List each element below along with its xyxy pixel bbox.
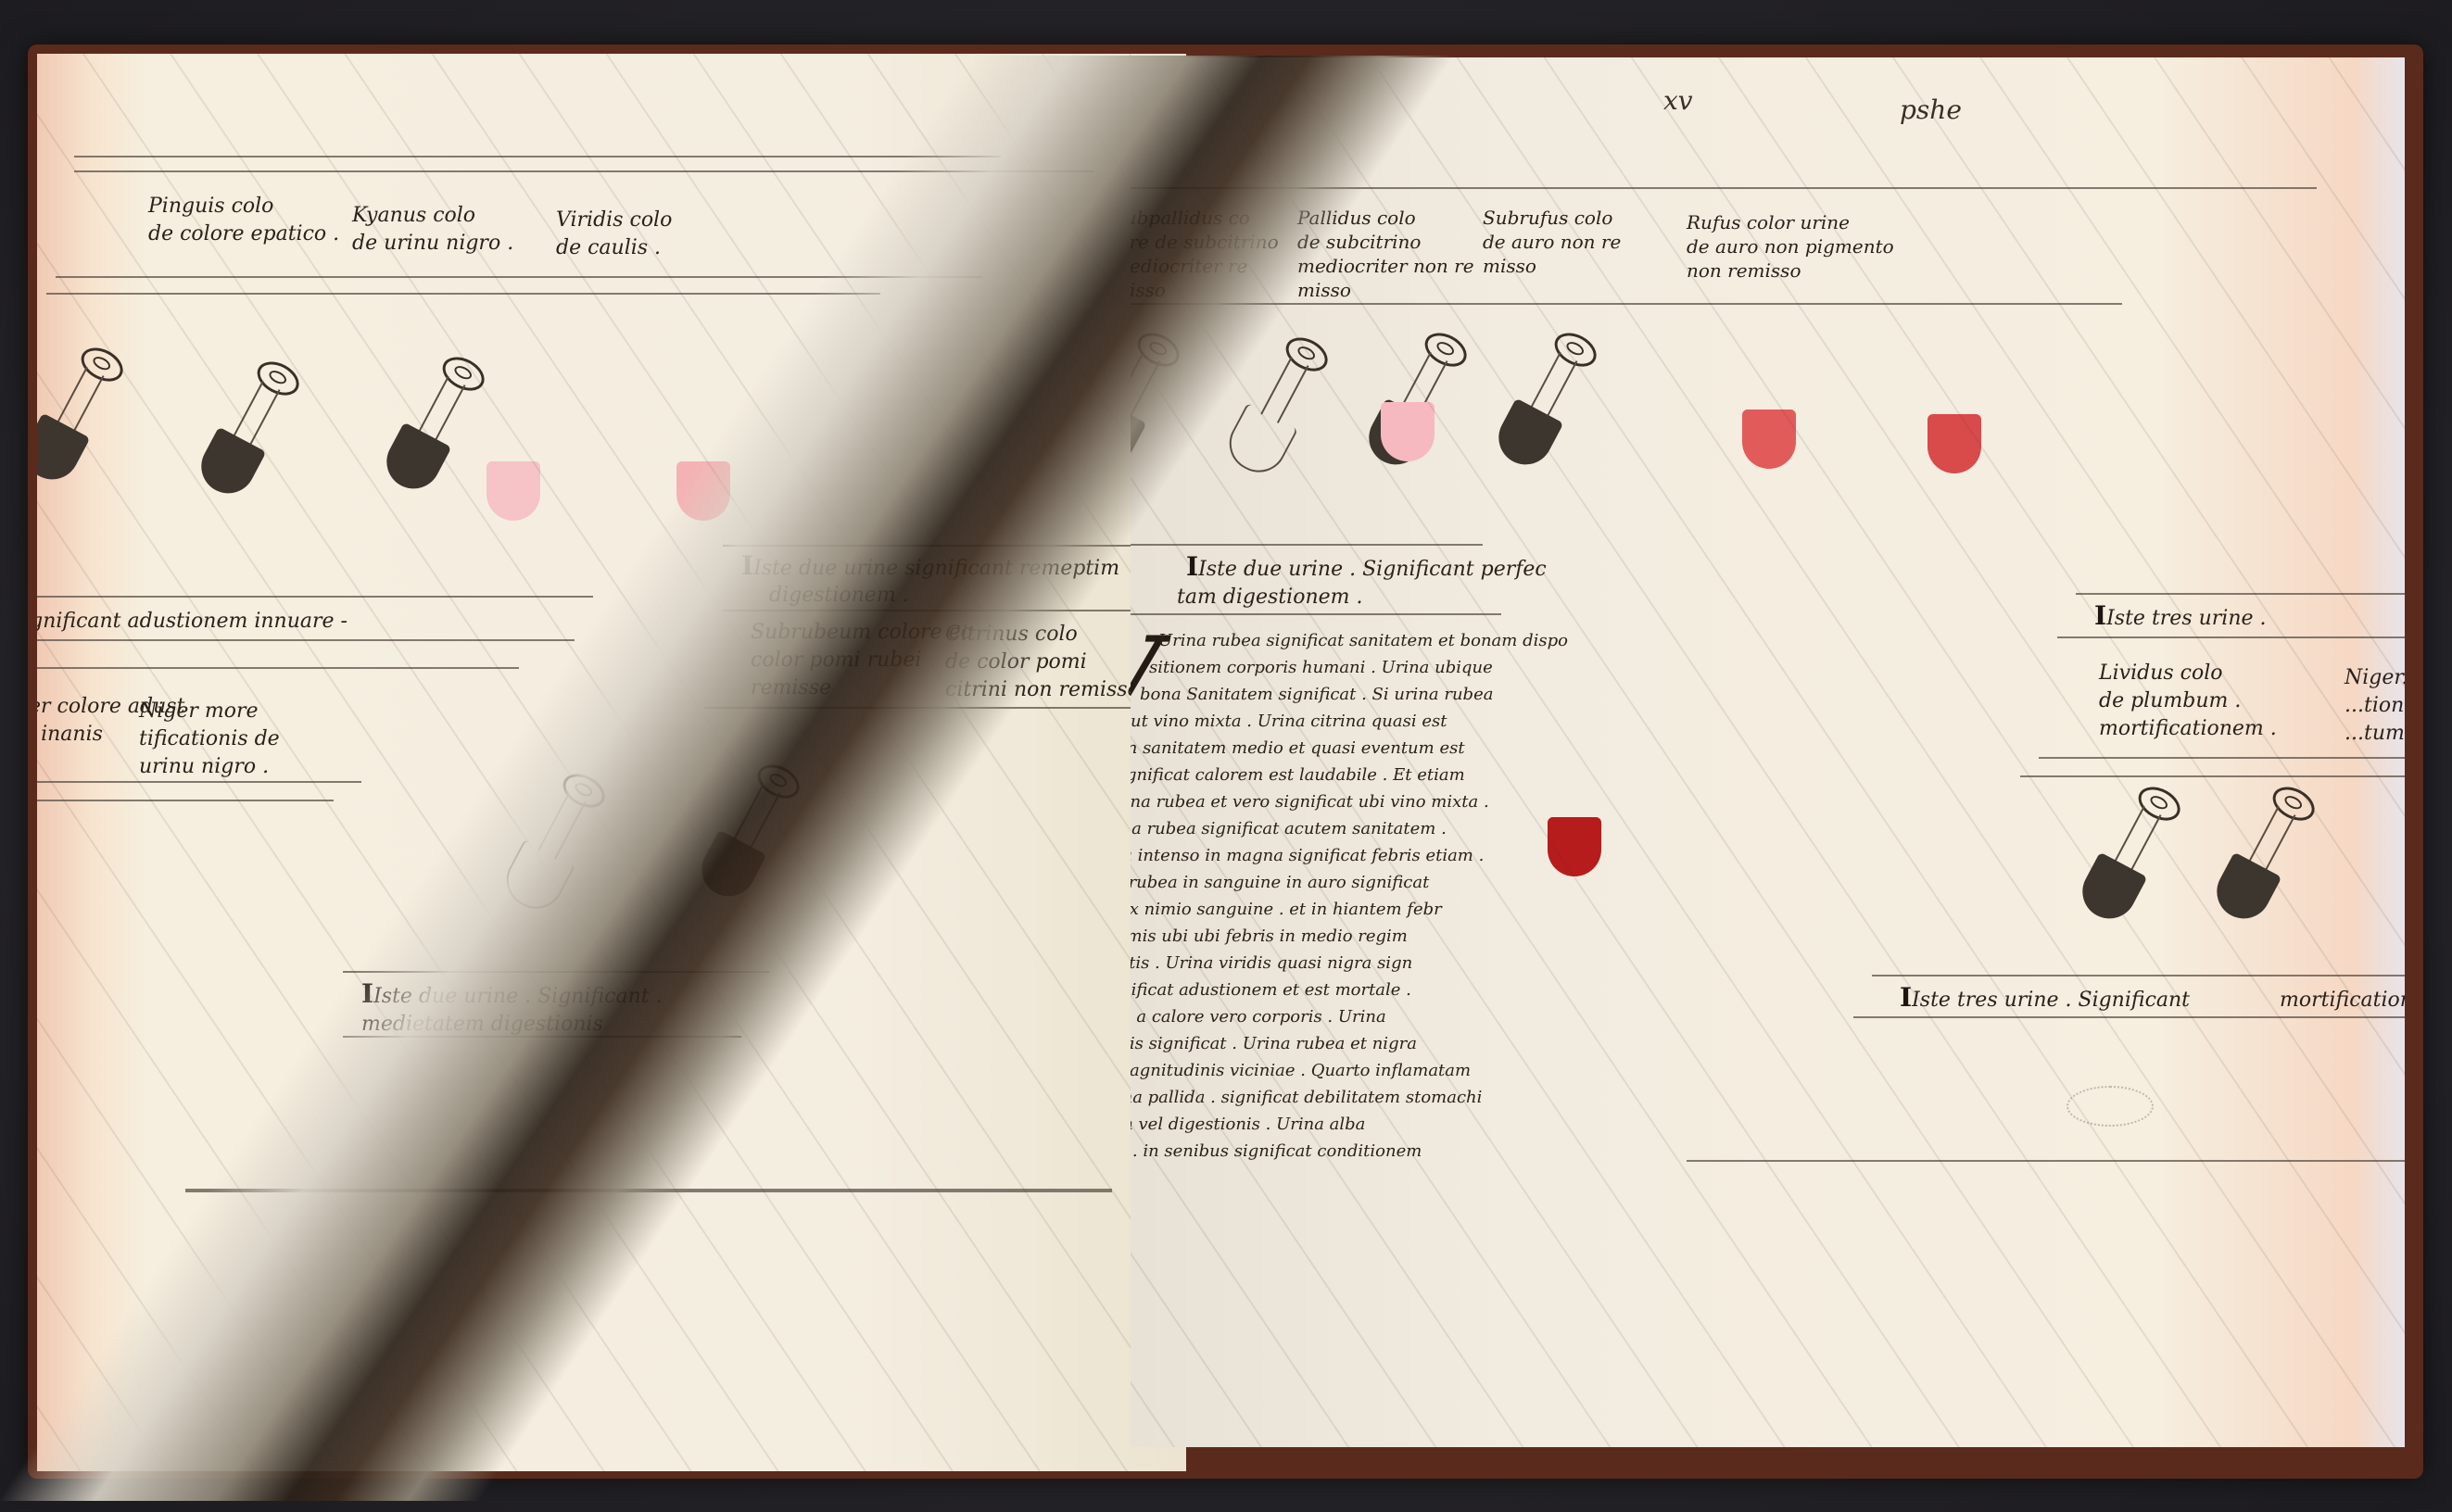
urine-flask-dark	[1482, 321, 1609, 482]
caption-viridis: Viridis colo de caulis .	[556, 207, 672, 262]
ruled-line	[37, 639, 575, 641]
ruled-line	[1687, 1160, 2405, 1162]
ruled-line	[1131, 544, 1483, 546]
pink-shield	[1381, 402, 1435, 461]
ruled-line	[1853, 1016, 2405, 1018]
ruled-line	[2039, 757, 2405, 759]
folio-mark: xv	[1663, 85, 1693, 116]
caption-rufus: Rufus color urine de auro non pigmento n…	[1687, 210, 1894, 283]
caption-pinguis: Pinguis colo de colore epatico .	[148, 193, 339, 248]
ruled-line	[37, 596, 593, 598]
ruled-line	[46, 293, 880, 295]
band-caption: Significant adustionem innuare -	[37, 608, 348, 636]
ruled-line	[1131, 613, 1501, 615]
caption-lividus: Lividus colo de plumbum . mortificatione…	[2099, 660, 2277, 743]
ruled-line	[37, 781, 361, 783]
right-page: xv pshe Subpallidus co lore de subcitrin…	[1131, 57, 2405, 1447]
urine-flask-dark	[370, 345, 497, 506]
urine-flask-dark	[37, 335, 135, 497]
red-shield	[1927, 414, 1981, 473]
caption-niger-right: Niger... ...tionis ...tum .	[2345, 664, 2405, 748]
caption-tres-urine: IIste tres urine .	[2094, 602, 2267, 633]
pink-shield	[487, 461, 540, 521]
folio-mark: pshe	[1900, 94, 1962, 125]
library-stamp	[2067, 1086, 2154, 1127]
ruled-line	[37, 800, 334, 801]
caption-subrufus: Subrufus colo de auro non re misso	[1483, 206, 1621, 278]
ruled-line	[74, 156, 1001, 157]
red-shield	[1742, 409, 1796, 469]
ruled-line	[1872, 975, 2405, 976]
urine-flask-dark	[2066, 775, 2193, 936]
urine-flask-dark	[184, 349, 311, 510]
ruled-line	[2020, 775, 2405, 777]
body-paragraph: Urina rubea significat sanitatem et bona…	[1131, 627, 1568, 1165]
ruled-line	[2076, 593, 2405, 595]
urine-flask-dark	[2200, 775, 2327, 936]
caption-kyanus: Kyanus colo de urinu nigro .	[352, 202, 513, 258]
heading-perfectam: IIste due urine . Significant perfec tam…	[1186, 553, 1547, 611]
caption-mortificationem: IIste tres urine . Significant mortifica…	[1900, 984, 2405, 1014]
ruled-line	[2057, 636, 2405, 638]
caption-niger: Niger more tificationis de urinu nigro .	[139, 698, 280, 781]
ruled-line	[37, 667, 519, 669]
